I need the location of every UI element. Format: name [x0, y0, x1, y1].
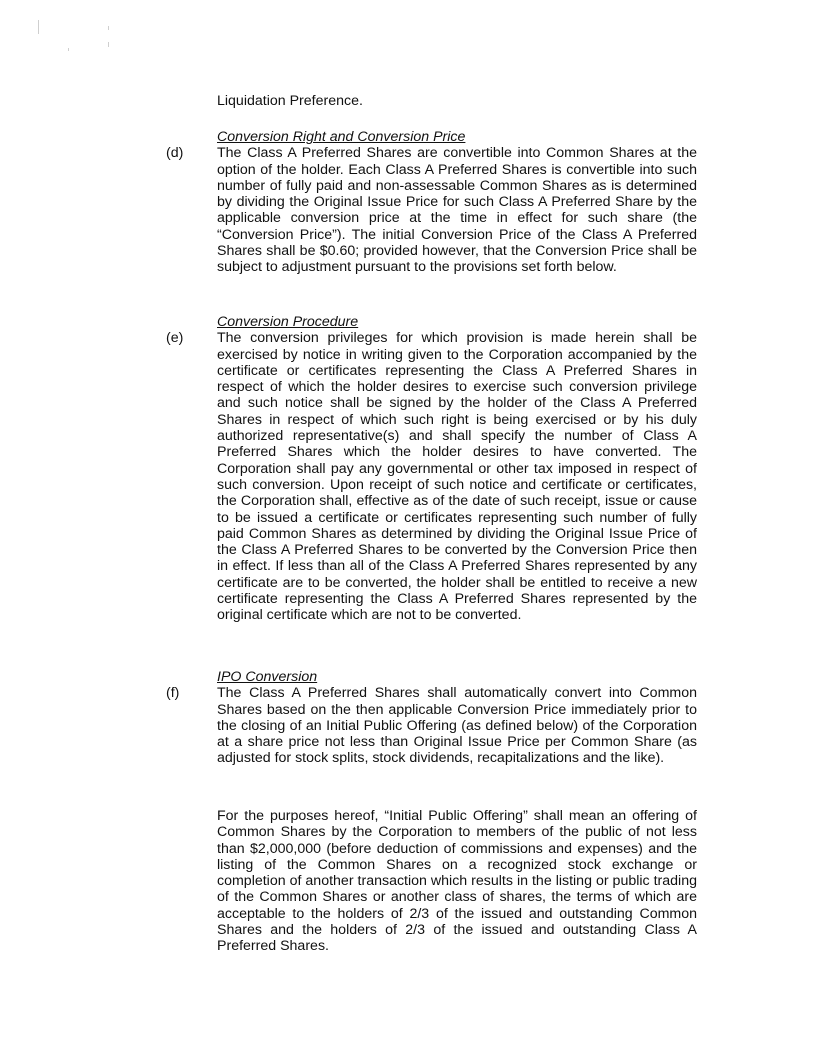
section-d: Conversion Right and Conversion Price (d…	[217, 129, 697, 276]
section-e-label: (e)	[166, 330, 183, 346]
scan-artifacts	[20, 20, 120, 60]
section-e-heading: Conversion Procedure	[217, 314, 697, 330]
ipo-definition-paragraph: For the purposes hereof, “Initial Public…	[217, 808, 697, 955]
section-d-label: (d)	[166, 145, 183, 161]
section-f: IPO Conversion (f) The Class A Preferred…	[217, 669, 697, 767]
section-f-label: (f)	[166, 685, 179, 701]
section-f-heading: IPO Conversion	[217, 669, 697, 685]
section-e-body: The conversion privileges for which prov…	[217, 330, 697, 623]
section-f-definition: For the purposes hereof, “Initial Public…	[217, 808, 697, 955]
intro-block: Liquidation Preference.	[217, 93, 697, 109]
section-d-body: The Class A Preferred Shares are convert…	[217, 145, 697, 275]
intro-line: Liquidation Preference.	[217, 93, 697, 109]
section-f-body: The Class A Preferred Shares shall autom…	[217, 685, 697, 766]
document-page: Liquidation Preference. Conversion Right…	[0, 0, 816, 1057]
section-e: Conversion Procedure (e) The conversion …	[217, 314, 697, 624]
section-d-heading: Conversion Right and Conversion Price	[217, 129, 697, 145]
